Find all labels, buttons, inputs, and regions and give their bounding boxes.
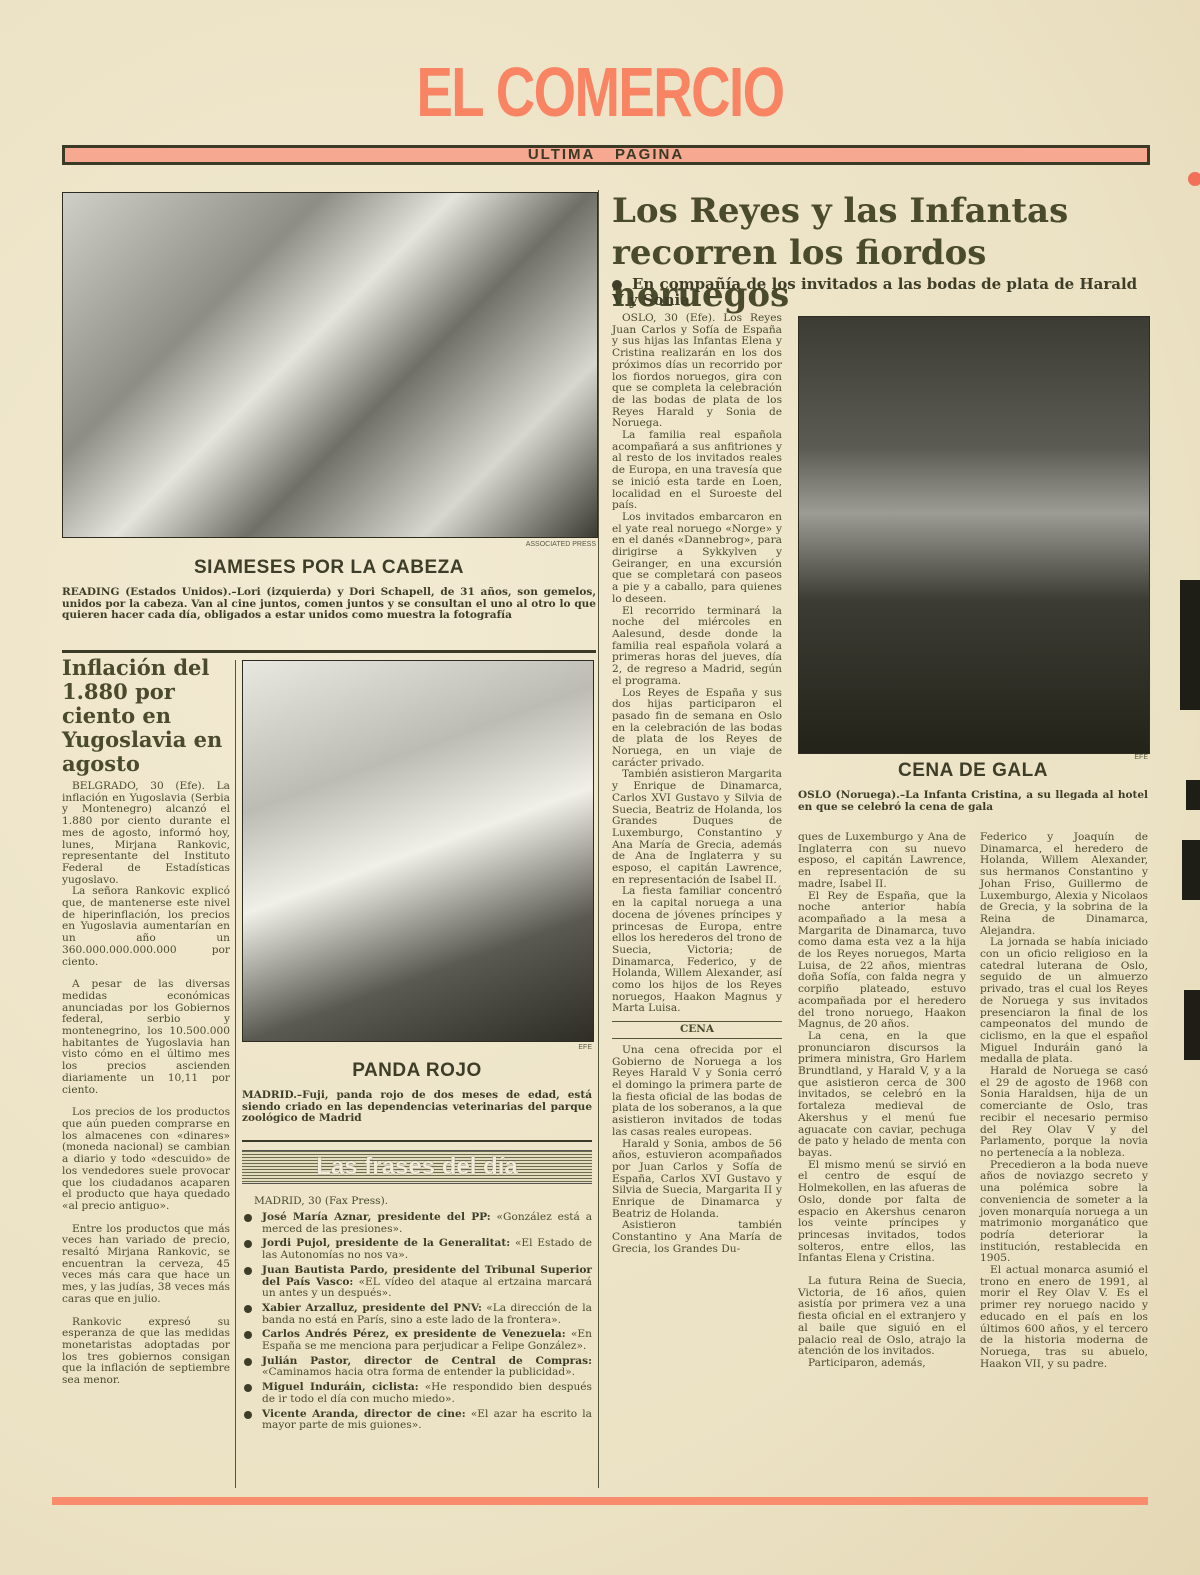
page-edge-mark <box>1180 580 1200 710</box>
paragraph: La futura Reina de Suecia, Victoria, de … <box>798 1276 966 1358</box>
list-item: Miguel Induráin, ciclista: «He respondid… <box>242 1382 592 1405</box>
masthead-title: EL COMERCIO <box>132 52 1068 132</box>
article-reyes-col2: ques de Luxemburgo y Ana de Inglaterra c… <box>798 832 966 1370</box>
column-divider <box>235 660 236 1488</box>
paragraph: El recorrido terminará la noche del miér… <box>612 606 782 688</box>
paragraph: También asistieron Margarita y Enrique d… <box>612 769 782 886</box>
caption-text-siameses: READING (Estados Unidos).–Lori (izquierd… <box>62 587 596 622</box>
frases-banner: Las frases del día <box>242 1150 592 1184</box>
photo-credit-panda: EFE <box>242 1044 592 1051</box>
caption-text-cena: OSLO (Noruega).–La Infanta Cristina, a s… <box>798 790 1148 813</box>
frases-list: José María Aznar, presidente del PP: «Go… <box>242 1212 592 1435</box>
speaker: Vicente Aranda, director de cine: <box>262 1408 466 1420</box>
section-bar: ULTIMA PAGINA <box>62 145 1150 165</box>
caption-text-panda: MADRID.–Fuji, panda rojo de dos meses de… <box>242 1090 592 1125</box>
divider <box>242 1140 592 1142</box>
paragraph: El actual monarca asumió el trono en ene… <box>980 1265 1148 1370</box>
speaker: Julián Pastor, director de Central de Co… <box>262 1355 592 1367</box>
photo-credit-siameses: ASSOCIATED PRESS <box>62 541 596 548</box>
paragraph: Participaron, además, <box>798 1358 966 1370</box>
speaker: Xabier Arzalluz, presidente del PNV: <box>262 1302 482 1314</box>
list-item: Carlos Andrés Pérez, ex presidente de Ve… <box>242 1329 592 1352</box>
bullet-icon <box>244 1358 252 1366</box>
caption-headline-panda: PANDA ROJO <box>242 1060 592 1082</box>
paragraph: Los precios de los productos que aún pue… <box>62 1107 230 1212</box>
paragraph: ques de Luxemburgo y Ana de Inglaterra c… <box>798 832 966 891</box>
speaker: José María Aznar, presidente del PP: <box>262 1211 491 1223</box>
quote: «Caminamos hacia otra forma de entender … <box>262 1366 575 1378</box>
article-inflacion: BELGRADO, 30 (Efe). La inflación en Yugo… <box>62 781 230 1387</box>
page-edge-mark <box>1186 780 1200 810</box>
caption-headline-siameses: SIAMESES POR LA CABEZA <box>62 557 596 579</box>
column-divider <box>598 190 599 1488</box>
paragraph: La señora Rankovic explicó que, de mante… <box>62 886 230 968</box>
speaker: Carlos Andrés Pérez, ex presidente de Ve… <box>262 1328 566 1340</box>
bullet-icon <box>244 1267 252 1275</box>
caption-headline-cena: CENA DE GALA <box>798 760 1148 782</box>
paragraph: La familia real española acompañará a su… <box>612 430 782 512</box>
paragraph: Entre los productos que más veces han va… <box>62 1224 230 1306</box>
bullet-icon <box>612 280 622 290</box>
paragraph: A pesar de las diversas medidas económic… <box>62 979 230 1096</box>
list-item: Julián Pastor, director de Central de Co… <box>242 1356 592 1379</box>
paragraph: Harald de Noruega se casó el 29 de agost… <box>980 1066 1148 1160</box>
speaker: Miguel Induráin, ciclista: <box>262 1381 419 1393</box>
bullet-icon <box>244 1305 252 1313</box>
subhead-reyes: En compañía de los invitados a las bodas… <box>612 276 1152 308</box>
page-edge-mark <box>1188 172 1200 186</box>
bullet-icon <box>244 1240 252 1248</box>
dateline: MADRID, 30 (Fax Press). <box>254 1195 388 1207</box>
page-edge-mark <box>1182 840 1200 900</box>
list-item: Jordi Pujol, presidente de la Generalita… <box>242 1238 592 1261</box>
paragraph: Rankovic expresó su esperanza de que las… <box>62 1317 230 1387</box>
bullet-icon <box>244 1331 252 1339</box>
paragraph: Harald y Sonia, ambos de 56 años, estuvi… <box>612 1139 782 1221</box>
headline-inflacion: Inflación del 1.880 por ciento en Yugosl… <box>62 656 232 776</box>
paragraph: El mismo menú se sirvió en el centro de … <box>798 1160 966 1265</box>
page-edge-mark <box>1184 990 1200 1060</box>
paragraph: La jornada se había iniciado con un ofic… <box>980 937 1148 1066</box>
paragraph: Los Reyes de España y sus dos hijas part… <box>612 688 782 770</box>
paragraph: OSLO, 30 (Efe). Los Reyes Juan Carlos y … <box>612 313 782 430</box>
paragraph: El Rey de España, que la noche anterior … <box>798 891 966 1031</box>
paragraph: Precedieron a la boda nueve años de novi… <box>980 1160 1148 1265</box>
bullet-icon <box>244 1411 252 1419</box>
list-item: Xabier Arzalluz, presidente del PNV: «La… <box>242 1303 592 1326</box>
list-item: Vicente Aranda, director de cine: «El az… <box>242 1409 592 1432</box>
paragraph: Los invitados embarcaron en el yate real… <box>612 512 782 606</box>
subheading-cena: CENA <box>612 1021 782 1039</box>
subhead-text: En compañía de los invitados a las bodas… <box>612 275 1137 309</box>
bullet-icon <box>244 1214 252 1222</box>
article-reyes-col3: Federico y Joaquín de Dinamarca, el here… <box>980 832 1148 1370</box>
bottom-rule <box>52 1497 1148 1505</box>
frases-dateline: MADRID, 30 (Fax Press). <box>254 1196 594 1208</box>
paragraph: Asistieron también Constantino y Ana Mar… <box>612 1220 782 1255</box>
paragraph: Federico y Joaquín de Dinamarca, el here… <box>980 832 1148 937</box>
divider <box>62 650 596 653</box>
article-reyes-col1: OSLO, 30 (Efe). Los Reyes Juan Carlos y … <box>612 313 782 1256</box>
photo-panda-rojo <box>242 660 594 1042</box>
list-item: Juan Bautista Pardo, presidente del Trib… <box>242 1265 592 1300</box>
paragraph: Una cena ofrecida por el Gobierno de Nor… <box>612 1045 782 1139</box>
paragraph: La fiesta familiar concentró en la capit… <box>612 886 782 1015</box>
bullet-icon <box>244 1384 252 1392</box>
paragraph: La cena, en la que pronunciaron discurso… <box>798 1031 966 1160</box>
paragraph: BELGRADO, 30 (Efe). La inflación en Yugo… <box>62 781 230 886</box>
speaker: Jordi Pujol, presidente de la Generalita… <box>262 1237 510 1249</box>
list-item: José María Aznar, presidente del PP: «Go… <box>242 1212 592 1235</box>
photo-cena-de-gala <box>798 316 1150 754</box>
photo-siameses <box>62 192 598 538</box>
